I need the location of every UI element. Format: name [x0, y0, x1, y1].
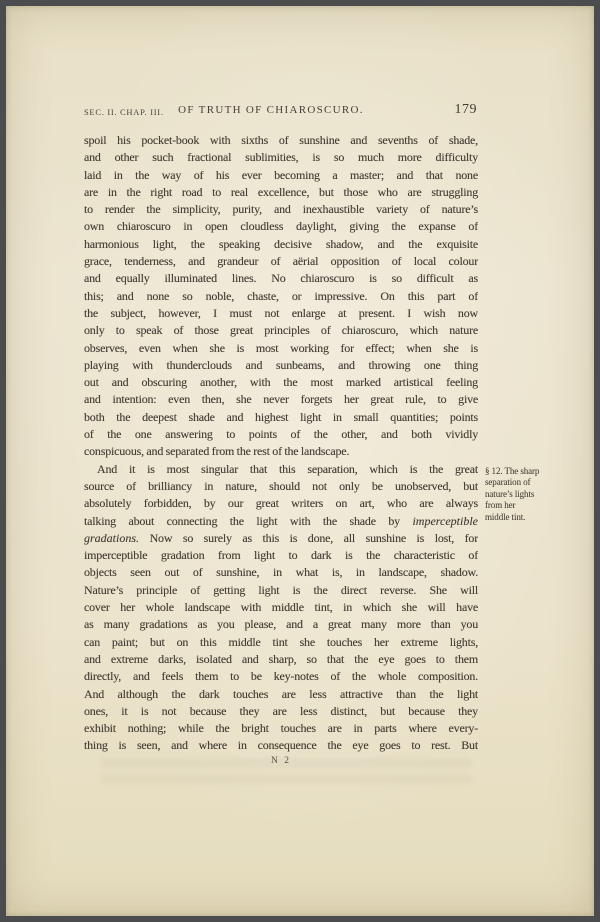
text-segment: imperceptible gradation from light to da… [84, 548, 478, 562]
text-segment: ones, it is not because they are less di… [84, 704, 478, 718]
text-line: laid in the way of his ever becoming a m… [84, 167, 478, 184]
text-segment: both the deepest shade and highest light… [84, 410, 478, 424]
text-segment: of the one answering to points of the ot… [84, 427, 478, 441]
text-segment: exhibit nothing; while the bright touche… [84, 721, 478, 735]
text-segment: as many gradations as you please, and a … [84, 617, 478, 631]
italic-text-segment: imperceptible [412, 514, 478, 528]
text-line: and extreme darks, isolated and sharp, s… [84, 651, 478, 668]
text-line: objects seen out of sunshine, in what is… [84, 564, 478, 581]
text-segment: playing with thunderclouds and sunbeams,… [84, 358, 478, 372]
text-segment: observes, even when she is most working … [84, 341, 478, 355]
text-segment: out and obscuring another, with the most… [84, 375, 478, 389]
text-segment: cover her whole landscape with middle ti… [84, 600, 478, 614]
text-segment: and intention: even then, she never forg… [84, 392, 478, 406]
signature-mark: N 2 [84, 756, 478, 766]
text-segment: spoil his pocket-book with sixths of sun… [84, 133, 478, 147]
text-line: absolutely forbidden, by our great write… [84, 495, 478, 512]
text-line: observes, even when she is most working … [84, 340, 478, 357]
running-title: OF TRUTH OF CHIAROSCURO. [124, 104, 418, 116]
text-segment: and other such fractional sublimities, i… [84, 150, 478, 164]
body-text: spoil his pocket-book with sixths of sun… [84, 132, 478, 755]
sidenote-line: § 12. The sharp [485, 466, 565, 477]
text-line: both the deepest shade and highest light… [84, 409, 478, 426]
text-segment: directly, and feels them to be key-notes… [84, 669, 478, 683]
page-header: SEC. II. CHAP. III. OF TRUTH OF CHIAROSC… [84, 102, 478, 120]
text-line: this; and none so noble, chaste, or impr… [84, 288, 478, 305]
text-segment: to render the simplicity, purity, and in… [84, 202, 478, 216]
text-line: directly, and feels them to be key-notes… [84, 668, 478, 685]
text-line: to render the simplicity, purity, and in… [84, 201, 478, 218]
text-line: playing with thunderclouds and sunbeams,… [84, 357, 478, 374]
text-line: gradations. Now so surely as this is don… [84, 530, 478, 547]
text-line: And although the dark touches are less a… [84, 686, 478, 703]
text-segment: can paint; but on this middle tint she t… [84, 635, 478, 649]
text-line: Nature’s principle of getting light is t… [84, 582, 478, 599]
text-segment: own chiaroscuro in open cloudless daylig… [84, 219, 478, 233]
sidenote-line: from her [485, 500, 565, 511]
text-line: cover her whole landscape with middle ti… [84, 599, 478, 616]
text-segment: this; and none so noble, chaste, or impr… [84, 289, 478, 303]
screenshot-root: { "colors": { "paper": "#ebe3cc", "ink":… [0, 0, 600, 922]
text-line: and equally illuminated lines. No chiaro… [84, 270, 478, 287]
text-segment: the subject, however, I must not enlarge… [84, 306, 478, 320]
text-segment: are in the right road to real excellence… [84, 185, 478, 199]
text-line: as many gradations as you please, and a … [84, 616, 478, 633]
text-segment: harmonious light, the speaking decisive … [84, 237, 478, 251]
text-segment: only to speak of those great principles … [84, 323, 478, 337]
text-segment: laid in the way of his ever becoming a m… [84, 168, 478, 182]
text-line: imperceptible gradation from light to da… [84, 547, 478, 564]
italic-text-segment: gradations. [84, 531, 139, 545]
text-segment: Nature’s principle of getting light is t… [84, 583, 478, 597]
page-number: 179 [455, 102, 478, 118]
text-line: talking about connecting the light with … [84, 513, 478, 530]
text-segment: Now so surely as this is done, all sunsh… [139, 531, 478, 545]
text-line: spoil his pocket-book with sixths of sun… [84, 132, 478, 149]
sidenote-line: separation of [485, 477, 565, 488]
text-line: the subject, however, I must not enlarge… [84, 305, 478, 322]
text-segment: conspicuous, and separated from the rest… [84, 444, 349, 458]
text-line: thing is seen, and where in consequence … [84, 737, 478, 754]
text-segment: source of brilliancy in nature, should n… [84, 479, 478, 493]
text-line: exhibit nothing; while the bright touche… [84, 720, 478, 737]
text-line: and other such fractional sublimities, i… [84, 149, 478, 166]
text-line: only to speak of those great principles … [84, 322, 478, 339]
book-page: SEC. II. CHAP. III. OF TRUTH OF CHIAROSC… [6, 6, 594, 916]
text-line: harmonious light, the speaking decisive … [84, 236, 478, 253]
text-line: out and obscuring another, with the most… [84, 374, 478, 391]
sidenote-line: nature’s lights [485, 489, 565, 500]
text-line: are in the right road to real excellence… [84, 184, 478, 201]
text-segment: and extreme darks, isolated and sharp, s… [84, 652, 478, 666]
text-segment: And although the dark touches are less a… [84, 687, 478, 701]
text-line: And it is most singular that this separa… [84, 461, 478, 478]
text-line: source of brilliancy in nature, should n… [84, 478, 478, 495]
text-line: of the one answering to points of the ot… [84, 426, 478, 443]
text-line: can paint; but on this middle tint she t… [84, 634, 478, 651]
text-segment: absolutely forbidden, by our great write… [84, 496, 478, 510]
text-segment: objects seen out of sunshine, in what is… [84, 565, 478, 579]
text-line: and intention: even then, she never forg… [84, 391, 478, 408]
sidenote: § 12. The sharpseparation ofnature’s lig… [485, 466, 565, 523]
text-segment: grace, tenderness, and grandeur of aëria… [84, 254, 478, 268]
text-line: own chiaroscuro in open cloudless daylig… [84, 218, 478, 235]
text-segment: talking about connecting the light with … [84, 514, 412, 528]
text-segment: And it is most singular that this separa… [97, 462, 478, 476]
text-line: grace, tenderness, and grandeur of aëria… [84, 253, 478, 270]
sidenote-line: middle tint. [485, 512, 565, 523]
text-segment: and equally illuminated lines. No chiaro… [84, 271, 478, 285]
text-line: conspicuous, and separated from the rest… [84, 443, 478, 460]
text-segment: thing is seen, and where in consequence … [84, 738, 478, 752]
text-line: ones, it is not because they are less di… [84, 703, 478, 720]
